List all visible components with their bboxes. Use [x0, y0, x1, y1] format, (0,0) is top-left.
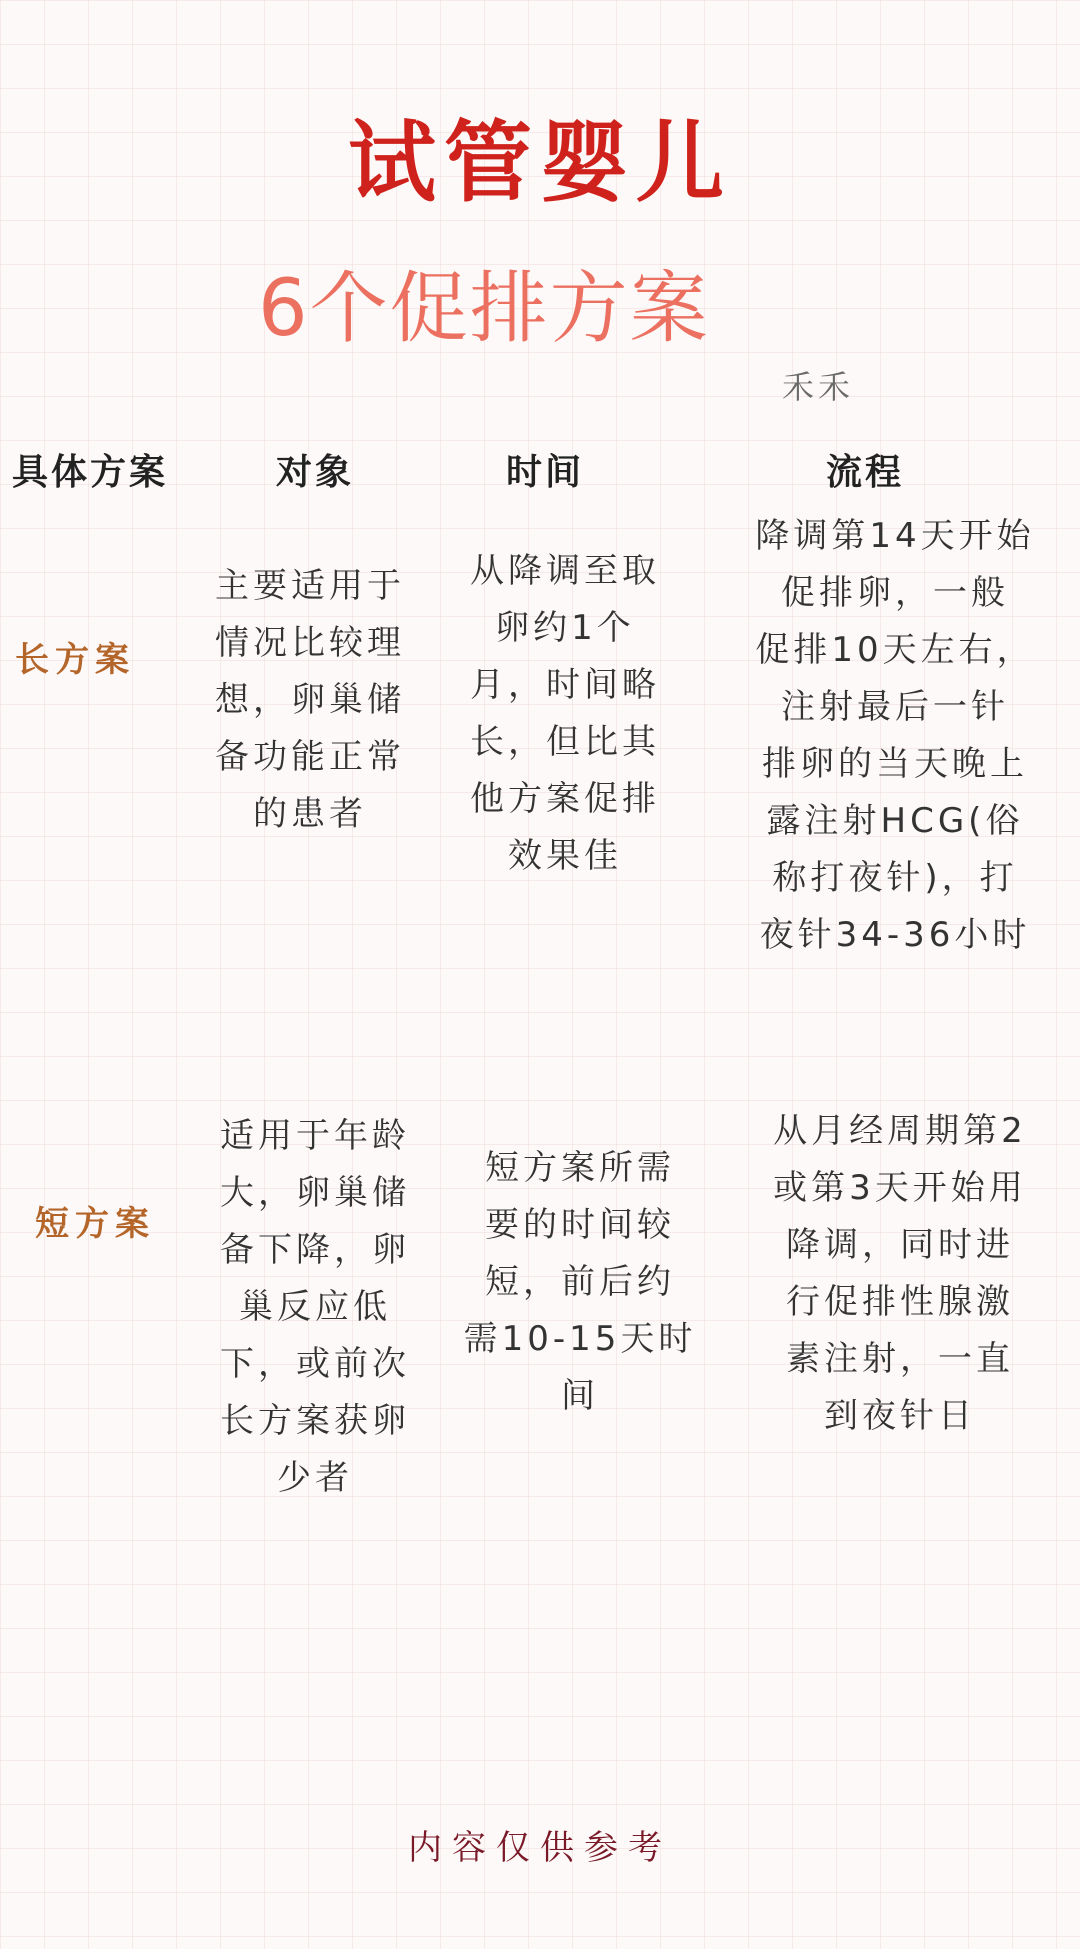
text-line: 降调，同时进 — [740, 1217, 1060, 1274]
text-line: 效果佳 — [445, 828, 685, 885]
text-line: 巢反应低 — [195, 1279, 435, 1336]
text-line: 从降调至取 — [445, 543, 685, 600]
text-line: 短，前后约 — [460, 1254, 700, 1311]
cell-time-short: 短方案所需 要的时间较 短，前后约 需10-15天时 间 — [460, 1140, 700, 1425]
plan-label-long: 长方案 — [10, 643, 140, 677]
text-line: 适用于年龄 — [195, 1108, 435, 1165]
column-header-time: 时间 — [490, 455, 600, 491]
text-line: 下，或前次 — [195, 1336, 435, 1393]
text-line: 排卵的当天晚上 — [725, 736, 1065, 793]
author-signature: 禾禾 — [782, 362, 854, 408]
text-line: 大，卵巢储 — [195, 1165, 435, 1222]
text-line: 露注射HCG(俗 — [725, 793, 1065, 850]
text-line: 间 — [460, 1368, 700, 1425]
text-line: 短方案所需 — [460, 1140, 700, 1197]
cell-target-short: 适用于年龄 大，卵巢储 备下降，卵 巢反应低 下，或前次 长方案获卵 少者 — [195, 1108, 435, 1507]
text-line: 他方案促排 — [445, 771, 685, 828]
text-line: 行促排性腺激 — [740, 1274, 1060, 1331]
text-line: 需10-15天时 — [460, 1311, 700, 1368]
column-header-process: 流程 — [805, 455, 925, 491]
column-header-plan: 具体方案 — [0, 455, 180, 491]
cell-time-long: 从降调至取 卵约1个 月，时间略 长，但比其 他方案促排 效果佳 — [445, 543, 685, 885]
text-line: 夜针34-36小时 — [725, 907, 1065, 964]
text-line: 长，但比其 — [445, 714, 685, 771]
text-line: 想，卵巢储 — [190, 672, 430, 729]
text-line: 备下降，卵 — [195, 1222, 435, 1279]
text-line: 注射最后一针 — [725, 679, 1065, 736]
text-line: 备功能正常 — [190, 729, 430, 786]
disclaimer-footer: 内容仅供参考 — [0, 1820, 1080, 1869]
text-line: 称打夜针)，打 — [725, 850, 1065, 907]
column-header-target: 对象 — [250, 455, 380, 491]
text-line: 到夜针日 — [740, 1388, 1060, 1445]
text-line: 促排10天左右， — [725, 622, 1065, 679]
text-line: 或第3天开始用 — [740, 1160, 1060, 1217]
text-line: 少者 — [195, 1450, 435, 1507]
text-line: 情况比较理 — [190, 615, 430, 672]
text-line: 月，时间略 — [445, 657, 685, 714]
text-line: 要的时间较 — [460, 1197, 700, 1254]
page-subtitle: 6个促排方案 — [258, 270, 710, 348]
cell-target-long: 主要适用于 情况比较理 想，卵巢储 备功能正常 的患者 — [190, 558, 430, 843]
text-line: 素注射，一直 — [740, 1331, 1060, 1388]
page-title: 试管婴儿 — [0, 118, 1080, 206]
text-line: 从月经周期第2 — [740, 1103, 1060, 1160]
text-line: 长方案获卵 — [195, 1393, 435, 1450]
plan-label-short: 短方案 — [25, 1207, 165, 1241]
text-line: 卵约1个 — [445, 600, 685, 657]
text-line: 促排卵，一般 — [725, 565, 1065, 622]
text-line: 主要适用于 — [190, 558, 430, 615]
cell-process-short: 从月经周期第2 或第3天开始用 降调，同时进 行促排性腺激 素注射，一直 到夜针… — [740, 1103, 1060, 1445]
text-line: 的患者 — [190, 786, 430, 843]
cell-process-long: 降调第14天开始 促排卵，一般 促排10天左右， 注射最后一针 排卵的当天晚上 … — [725, 508, 1065, 964]
text-line: 降调第14天开始 — [725, 508, 1065, 565]
